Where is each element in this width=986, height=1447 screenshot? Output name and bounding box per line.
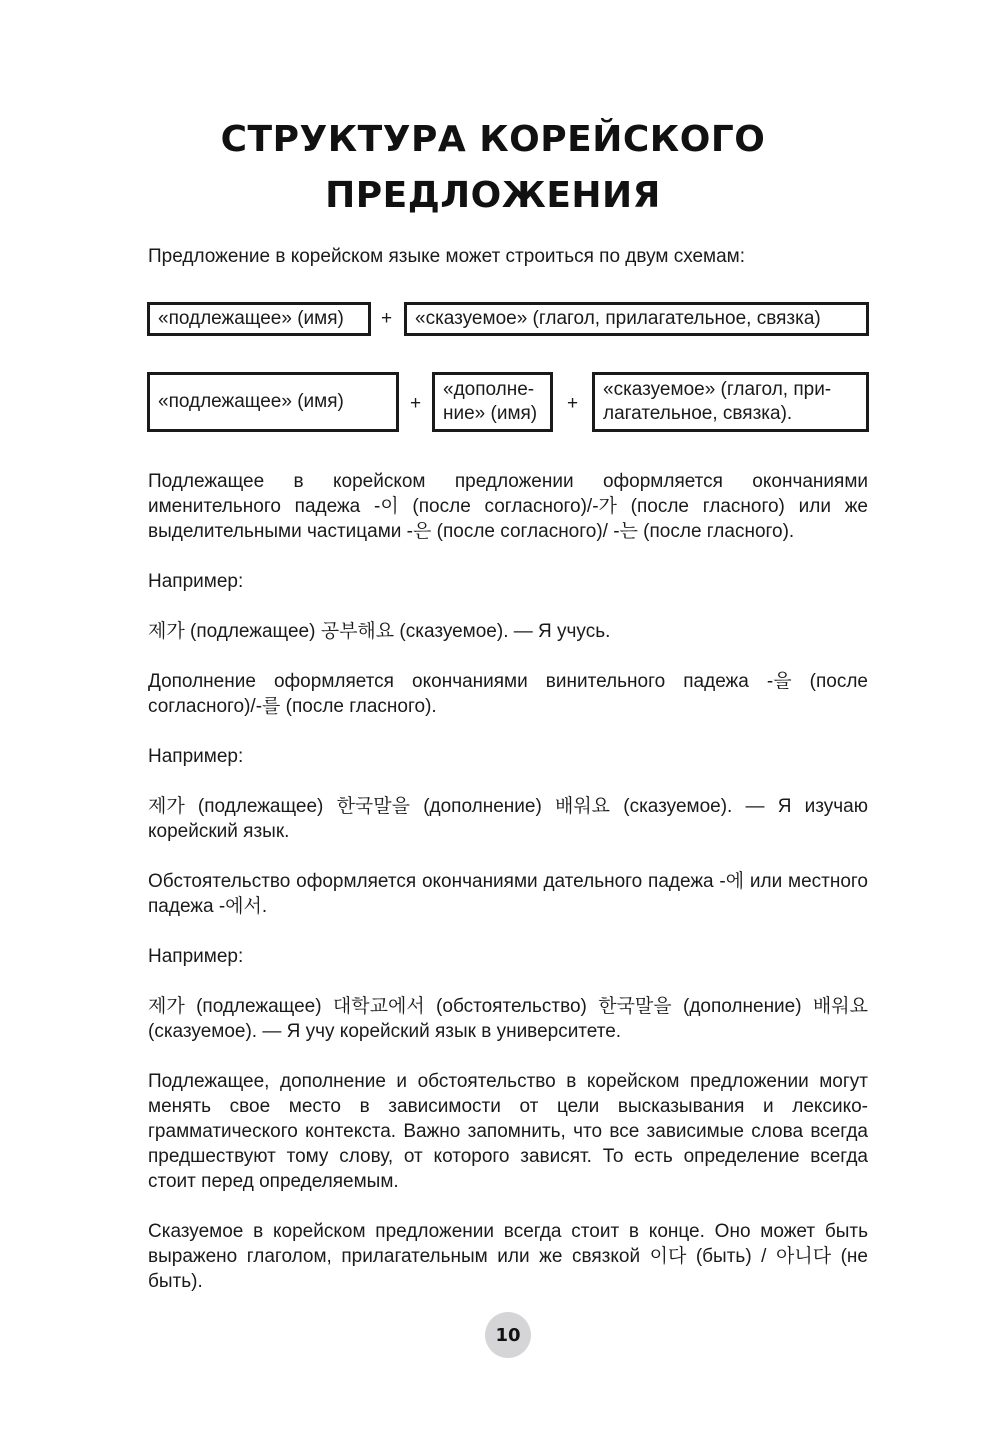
subject-box-label: «подлежащее» (имя) xyxy=(158,307,344,331)
page-number-label: 10 xyxy=(495,1325,520,1346)
predicate-box-label: «сказуемое» (глагол, прилагательное, свя… xyxy=(415,307,821,331)
intro-paragraph: Предложение в корейском языке может стро… xyxy=(148,244,868,269)
plus-sign: + xyxy=(381,307,392,331)
example-sentence: 제가 (подлежащее) 공부해요 (сказуемое). — Я уч… xyxy=(148,619,868,644)
predicate-box-line-1: «сказуемое» (глагол, при- xyxy=(603,378,831,402)
subject-box: «подлежащее» (имя) xyxy=(147,302,371,336)
paragraph-predicate: Сказуемое в корейском предложении всегда… xyxy=(148,1219,868,1294)
page-title-line-2: ПРЕДЛОЖЕНИЯ xyxy=(0,168,986,224)
predicate-box-line-2: лагательное, связка). xyxy=(603,402,792,426)
object-box-line-1: «дополне- xyxy=(443,378,534,402)
example-sentence: 제가 (подлежащее) 대학교에서 (обстоятельство) 한… xyxy=(148,994,868,1044)
paragraph-subject: Подлежащее в корейском предложении оформ… xyxy=(148,469,868,544)
predicate-box: «сказуемое» (глагол, при- лагательное, с… xyxy=(592,372,869,432)
plus-sign: + xyxy=(410,392,421,416)
subject-box-label: «подлежащее» (имя) xyxy=(158,390,344,414)
page-title-line-1: СТРУКТУРА КОРЕЙСКОГО xyxy=(0,112,986,168)
example-sentence: 제가 (подлежащее) 한국말을 (дополнение) 배워요 (с… xyxy=(148,794,868,844)
page-title: СТРУКТУРА КОРЕЙСКОГО ПРЕДЛОЖЕНИЯ xyxy=(0,112,986,224)
predicate-box: «сказуемое» (глагол, прилагательное, свя… xyxy=(404,302,869,336)
paragraph-word-order: Подлежащее, дополнение и обстоятельство … xyxy=(148,1069,868,1194)
plus-sign: + xyxy=(567,392,578,416)
page-number: 10 xyxy=(485,1312,531,1358)
paragraph-adverbial: Обстоятельство оформляется окончаниями д… xyxy=(148,869,868,919)
example-label: Например: xyxy=(148,944,868,969)
subject-box: «подлежащее» (имя) xyxy=(147,372,399,432)
paragraph-object: Дополнение оформляется окончаниями винит… xyxy=(148,669,868,719)
example-label: Например: xyxy=(148,569,868,594)
object-box-line-2: ние» (имя) xyxy=(443,402,537,426)
example-label: Например: xyxy=(148,744,868,769)
object-box: «дополне- ние» (имя) xyxy=(432,372,553,432)
